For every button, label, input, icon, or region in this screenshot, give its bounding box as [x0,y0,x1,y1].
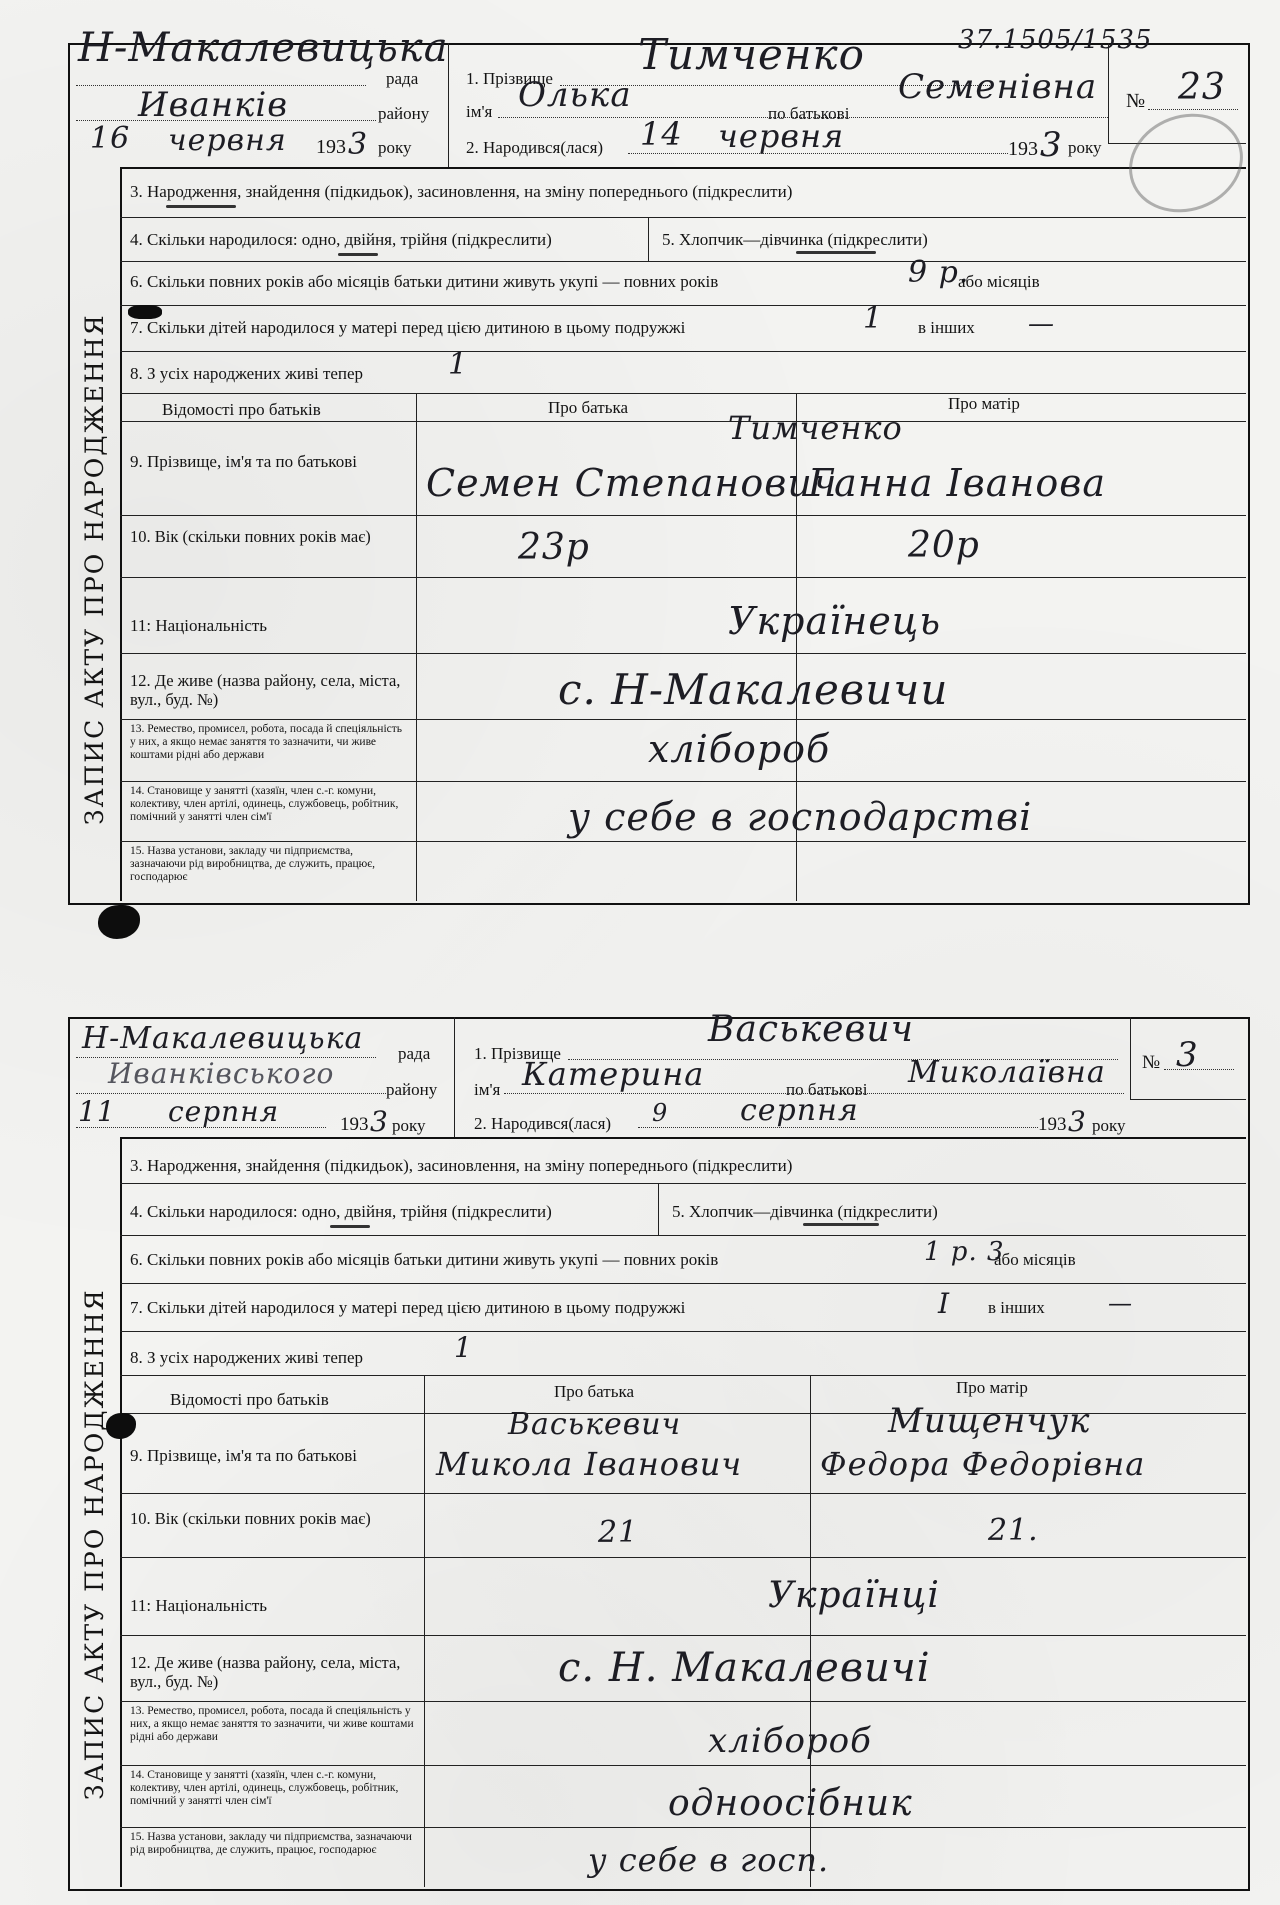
rada-value: Н-Макалевицька [82,1021,363,1056]
reg-year-digit: 3 [348,127,368,162]
q11-label: 11: Національність [130,1597,267,1614]
q7-other-value: — [1028,309,1055,339]
q5-label: 5. Хлопчик—дівчинка (підкреслити) [662,231,928,248]
rada-label: рада [398,1045,430,1062]
vertical-title: ЗАПИС АКТУ ПРО НАРОДЖЕННЯ [80,1288,109,1800]
q7-other-label: в інших [918,319,975,336]
name-label: ім'я [466,103,492,120]
birth-month: червня [718,117,844,155]
q6-years: 1 р. 3 [924,1237,1005,1267]
record-number: 3 [1176,1035,1199,1075]
row-divider [120,1183,1246,1184]
q8-living: 1 [448,347,468,382]
reg-month: серпня [168,1095,279,1128]
father-residence: с. Н-Макалевичи [558,665,948,714]
dots [628,153,1008,154]
birth-year-prefix: 193 [1038,1115,1067,1134]
col-father-header: Про батька [554,1383,634,1400]
header-divider [120,167,1246,169]
q5-underline [803,1223,879,1226]
q6-months-label: або місяців [994,1251,1076,1268]
col-divider-1 [416,393,417,901]
born-label: 2. Народився(лася) [466,139,603,156]
father-residence: с. Н. Макалевичі [558,1645,931,1691]
rada-value: Н-Макалевицька [78,25,449,71]
q4-label: 4. Скільки народилося: одно, двійня, трі… [130,231,552,248]
q5-label: 5. Хлопчик—дівчинка (підкреслити) [672,1203,938,1220]
row-divider [120,1701,1246,1702]
dots [76,1093,386,1094]
mother-name: Федора Федорівна [820,1445,1145,1483]
child-name: Катерина [522,1055,704,1093]
dots [1148,109,1238,110]
father-nationality: Українець [728,599,941,643]
q14-label: 14. Становище у занятті (хазяїн, член с.… [130,785,408,824]
father-age: 21 [598,1515,638,1550]
q3-label: 3. Народження, знайдення (підкидьок), за… [130,1157,792,1174]
q6-label: 6. Скільки повних років або місяців бать… [130,273,718,290]
reg-day: 11 [78,1095,116,1128]
title-column-divider [120,1137,122,1887]
father-name: Семен Степанович [426,461,838,505]
q7-label: 7. Скільки дітей народилося у матері пер… [130,1299,685,1316]
q15-label: 15. Назва установи, закладу чи підприємс… [130,845,408,884]
row-divider [120,841,1246,842]
row-divider [120,261,1246,262]
title-column-divider [120,167,122,901]
child-patronymic: Миколаївна [908,1055,1106,1090]
q7-other-label: в інших [988,1299,1045,1316]
col-info-header: Відомості про батьків [162,401,321,418]
reg-month: червня [168,123,287,158]
row-divider [120,1557,1246,1558]
number-box-bottom [1130,1099,1246,1100]
q9-label: 9. Прізвище, ім'я та по батькові [130,1447,357,1464]
vertical-title: ЗАПИС АКТУ ПРО НАРОДЖЕННЯ [80,313,109,825]
row-divider [120,1235,1246,1236]
q4-label: 4. Скільки народилося: одно, двійня, трі… [130,1203,552,1220]
q5-underline [796,251,876,254]
col-mother-header: Про матір [956,1379,1028,1396]
row-divider [120,515,1246,516]
raion-label: району [386,1081,437,1098]
reg-day: 16 [90,121,130,156]
ink-tear [128,305,162,319]
number-box-divider [1130,1017,1131,1099]
row-divider [120,1765,1246,1766]
row-divider [120,1331,1246,1332]
col-info-header: Відомості про батьків [170,1391,329,1408]
q11-label: 11: Національність [130,617,267,634]
reg-year-prefix: 193 [340,1115,369,1134]
mother-age: 21. [988,1513,1039,1548]
raion-value: Иванків [138,85,288,125]
row-divider [120,1493,1246,1494]
father-occupation: хлібороб [708,1721,872,1761]
q7-prior-children: 1 [863,301,883,336]
mother-surname-note: Тимченко [728,409,903,447]
born-label: 2. Народився(лася) [474,1115,611,1132]
reg-year-digit: 3 [370,1105,389,1138]
birth-year-label: року [1068,139,1102,156]
q3-label: 3. Народження, знайдення (підкидьок), за… [130,183,792,200]
q10-label: 10. Вік (скільки повних років має) [130,1509,416,1528]
q15-label: 15. Назва установи, закладу чи підприємс… [130,1831,416,1857]
col-mother-header: Про матір [948,395,1020,412]
q8-label: 8. З усіх народжених живі тепер [130,1349,363,1366]
q10-label: 10. Вік (скільки повних років має) [130,527,408,546]
child-surname: Васькевич [708,1009,914,1050]
birth-record-1: ЗАПИС АКТУ ПРО НАРОДЖЕННЯ Н-Макалевицька… [68,25,1246,905]
row-divider [120,719,1246,720]
q7-other-value: — [1108,1289,1133,1317]
dots [638,1127,1038,1128]
father-institution: у себе в госп. [588,1841,829,1879]
header-vdivider [454,1017,455,1137]
child-name: Олька [518,75,632,115]
father-nationality: Українці [768,1575,940,1616]
father-status: одноосібник [668,1783,913,1824]
raion-value: Иванківського [108,1057,334,1090]
birth-day: 14 [640,115,683,153]
q6-label: 6. Скільки повних років або місяців бать… [130,1251,718,1268]
row-divider [120,351,1246,352]
q9-label: 9. Прізвище, ім'я та по батькові [130,453,357,470]
q7-prior-children: I [938,1287,950,1320]
archive-ref: 37.1505/1535 [958,25,1152,55]
father-age: 23р [518,527,590,568]
birth-month: серпня [740,1093,859,1128]
record-number: 23 [1178,67,1226,108]
q12-label: 12. Де живе (назва району, села, міста, … [130,671,408,709]
birth-record-2: ЗАПИС АКТУ ПРО НАРОДЖЕННЯ Н-Макалевицька… [68,1005,1246,1895]
child-patronymic: Семенівна [898,67,1097,107]
reg-year-label: року [378,139,412,156]
rada-label: рада [386,70,418,87]
father-name: Микола Іванович [436,1445,742,1483]
q4-underline [330,1225,370,1228]
birth-day: 9 [652,1099,668,1127]
q6-months-label: або місяців [958,273,1040,290]
birth-year-prefix: 193 [1008,139,1038,159]
q12-label: 12. Де живе (назва району, села, міста, … [130,1653,416,1691]
q4-q5-divider [658,1183,659,1235]
row-divider [120,1375,1246,1376]
reg-year-prefix: 193 [316,137,346,157]
dots [76,1127,326,1128]
birth-year-digit: 3 [1068,1105,1087,1138]
raion-label: району [378,105,429,122]
q7-label: 7. Скільки дітей народилося у матері пер… [130,319,685,336]
q4-underline [338,253,378,256]
father-surname: Васькевич [508,1407,681,1442]
row-divider [120,421,1246,422]
q4-q5-divider [648,217,649,261]
row-divider [120,217,1246,218]
row-divider [120,577,1246,578]
q3-underline [166,205,236,208]
col-father-header: Про батька [548,399,628,416]
birth-year-digit: 3 [1040,125,1063,165]
row-divider [120,305,1246,306]
q14-label: 14. Становище у занятті (хазяїн, член с.… [130,1769,416,1808]
q13-label: 13. Ремество, промисел, робота, посада й… [130,723,408,762]
col-divider-1 [424,1375,425,1887]
number-label: № [1142,1053,1160,1072]
reg-year-label: року [392,1117,426,1134]
mother-name: Ганна Іванова [808,461,1106,505]
dots [1164,1069,1234,1070]
number-box-divider [1108,43,1109,143]
number-label: № [1126,91,1145,111]
row-divider [120,393,1246,394]
mother-surname: Мищенчук [888,1401,1090,1441]
child-surname: Тимченко [638,30,865,79]
row-divider [120,1827,1246,1828]
mother-age: 20р [908,525,980,566]
name-label: ім'я [474,1081,500,1098]
q8-living: 1 [454,1331,473,1364]
father-occupation: хлібороб [648,727,830,771]
row-divider [120,653,1246,654]
row-divider [120,1283,1246,1284]
father-status: у себе в господарстві [568,795,1032,839]
birth-year-label: року [1092,1117,1126,1134]
q13-label: 13. Ремество, промисел, робота, посада й… [130,1705,416,1744]
row-divider [120,781,1246,782]
row-divider [120,1635,1246,1636]
q8-label: 8. З усіх народжених живі тепер [130,365,363,382]
